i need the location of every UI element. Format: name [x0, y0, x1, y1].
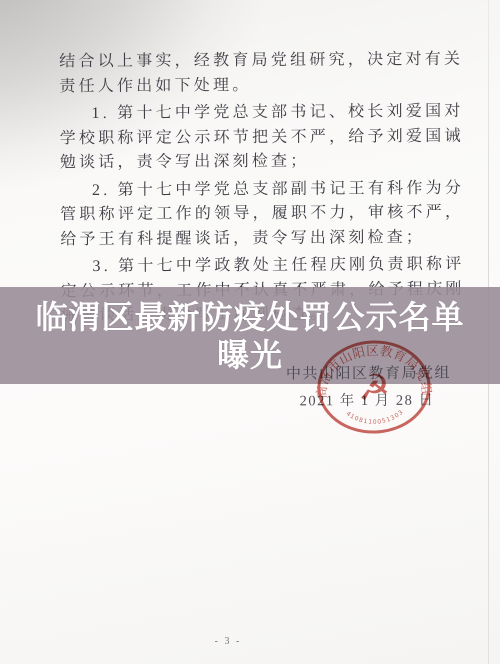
official-seal: 商洛市山阳区教育局党组 4108110051303 ☭	[297, 324, 451, 451]
page-number: - 3 -	[0, 636, 456, 647]
paragraph-conclusion: 结合以上事实，经教育局党组研究，决定对有关责任人作出如下处理。	[59, 48, 463, 99]
paragraph-punishment-1: 1. 第十七中学党总支部书记、校长刘爱国对学校职称评定公示环节把关不严，给予刘爱…	[59, 100, 463, 176]
paragraph-punishment-2: 2. 第十七中学党总支部副书记王有科作为分管职称评定工作的领导，履职不力，审核不…	[60, 176, 464, 252]
party-emblem-icon: ☭	[357, 367, 391, 409]
seal-serial-number: 4108110051303	[344, 408, 405, 427]
